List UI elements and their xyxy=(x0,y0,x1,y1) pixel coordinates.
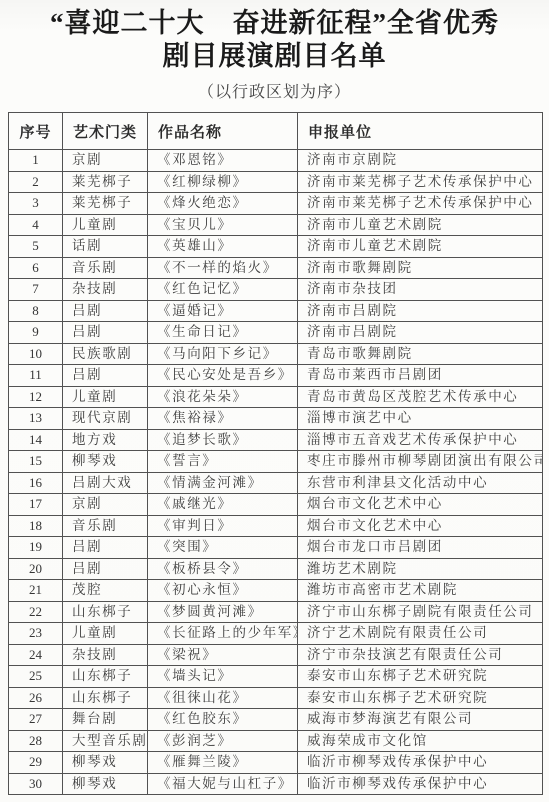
cell-no: 14 xyxy=(9,429,63,451)
cell-category: 柳琴戏 xyxy=(63,451,148,473)
cell-work: 《戚继光》 xyxy=(148,494,298,516)
cell-work: 《邓恩铭》 xyxy=(148,150,298,172)
cell-unit: 青岛市黄岛区茂腔艺术传承中心 xyxy=(298,386,543,408)
cell-category: 吕剧 xyxy=(63,300,148,322)
cell-unit: 烟台市文化艺术中心 xyxy=(298,494,543,516)
cell-unit: 泰安市山东梆子艺术研究院 xyxy=(298,666,543,688)
cell-no: 2 xyxy=(9,171,63,193)
cell-no: 6 xyxy=(9,257,63,279)
cell-category: 现代京剧 xyxy=(63,408,148,430)
cell-category: 吕剧 xyxy=(63,558,148,580)
cell-work: 《彭润芝》 xyxy=(148,730,298,752)
table-row: 23儿童剧《长征路上的少年军》济宁艺术剧院有限责任公司 xyxy=(9,623,543,645)
cell-category: 话剧 xyxy=(63,236,148,258)
cell-category: 杂技剧 xyxy=(63,279,148,301)
cell-work: 《初心永恒》 xyxy=(148,580,298,602)
cell-category: 音乐剧 xyxy=(63,257,148,279)
table-row: 24杂技剧《梁祝》济宁市杂技演艺有限责任公司 xyxy=(9,644,543,666)
title-line-1: “喜迎二十大 奋进新征程”全省优秀 xyxy=(0,7,549,40)
table-row: 12儿童剧《浪花朵朵》青岛市黄岛区茂腔艺术传承中心 xyxy=(9,386,543,408)
table-row: 21茂腔《初心永恒》潍坊市高密市艺术剧院 xyxy=(9,580,543,602)
cell-no: 27 xyxy=(9,709,63,731)
cell-category: 茂腔 xyxy=(63,580,148,602)
cell-category: 莱芜梆子 xyxy=(63,193,148,215)
table-row: 10民族歌剧《马向阳下乡记》青岛市歌舞剧院 xyxy=(9,343,543,365)
cell-category: 舞台剧 xyxy=(63,709,148,731)
document-title: “喜迎二十大 奋进新征程”全省优秀 剧目展演剧目名单 xyxy=(0,7,549,73)
cell-unit: 青岛市莱西市吕剧团 xyxy=(298,365,543,387)
table-row: 27舞台剧《红色胶东》威海市梦海演艺有限公司 xyxy=(9,709,543,731)
table-row: 17京剧《戚继光》烟台市文化艺术中心 xyxy=(9,494,543,516)
cell-no: 30 xyxy=(9,773,63,795)
cell-no: 28 xyxy=(9,730,63,752)
cell-unit: 威海荣成市文化馆 xyxy=(298,730,543,752)
cell-category: 音乐剧 xyxy=(63,515,148,537)
cell-work: 《烽火绝恋》 xyxy=(148,193,298,215)
cell-unit: 济南市杂技团 xyxy=(298,279,543,301)
cell-no: 1 xyxy=(9,150,63,172)
column-header-no: 序号 xyxy=(9,113,63,150)
cell-category: 大型音乐剧 xyxy=(63,730,148,752)
cell-no: 25 xyxy=(9,666,63,688)
cell-work: 《不一样的焰火》 xyxy=(148,257,298,279)
cell-work: 《长征路上的少年军》 xyxy=(148,623,298,645)
cell-category: 莱芜梆子 xyxy=(63,171,148,193)
table-row: 13现代京剧《焦裕禄》淄博市演艺中心 xyxy=(9,408,543,430)
cell-work: 《墙头记》 xyxy=(148,666,298,688)
table-row: 7杂技剧《红色记忆》济南市杂技团 xyxy=(9,279,543,301)
cell-no: 13 xyxy=(9,408,63,430)
cell-unit: 济南市儿童艺术剧院 xyxy=(298,214,543,236)
cell-no: 21 xyxy=(9,580,63,602)
repertoire-table: 序号 艺术门类 作品名称 申报单位 1京剧《邓恩铭》济南市京剧院2莱芜梆子《红柳… xyxy=(8,112,543,795)
table-row: 18音乐剧《审判日》烟台市文化艺术中心 xyxy=(9,515,543,537)
cell-no: 20 xyxy=(9,558,63,580)
cell-unit: 济南市吕剧院 xyxy=(298,322,543,344)
cell-category: 儿童剧 xyxy=(63,386,148,408)
cell-no: 9 xyxy=(9,322,63,344)
cell-work: 《红色记忆》 xyxy=(148,279,298,301)
table-row: 30柳琴戏《福大妮与山杠子》临沂市柳琴戏传承保护中心 xyxy=(9,773,543,795)
cell-category: 山东梆子 xyxy=(63,601,148,623)
cell-category: 柳琴戏 xyxy=(63,773,148,795)
table-row: 22山东梆子《梦圆黄河滩》济宁市山东梆子剧院有限责任公司 xyxy=(9,601,543,623)
cell-work: 《板桥县令》 xyxy=(148,558,298,580)
cell-no: 4 xyxy=(9,214,63,236)
cell-no: 19 xyxy=(9,537,63,559)
cell-work: 《英雄山》 xyxy=(148,236,298,258)
cell-work: 《雁舞兰陵》 xyxy=(148,752,298,774)
cell-work: 《梦圆黄河滩》 xyxy=(148,601,298,623)
cell-unit: 济南市莱芜梆子艺术传承保护中心 xyxy=(298,171,543,193)
column-header-unit: 申报单位 xyxy=(298,113,543,150)
cell-work: 《福大妮与山杠子》 xyxy=(148,773,298,795)
cell-no: 24 xyxy=(9,644,63,666)
cell-category: 杂技剧 xyxy=(63,644,148,666)
cell-category: 京剧 xyxy=(63,494,148,516)
cell-work: 《誓言》 xyxy=(148,451,298,473)
cell-unit: 济宁市山东梆子剧院有限责任公司 xyxy=(298,601,543,623)
cell-work: 《审判日》 xyxy=(148,515,298,537)
table-row: 11吕剧《民心安处是吾乡》青岛市莱西市吕剧团 xyxy=(9,365,543,387)
cell-unit: 烟台市文化艺术中心 xyxy=(298,515,543,537)
table-row: 4儿童剧《宝贝儿》济南市儿童艺术剧院 xyxy=(9,214,543,236)
table-row: 14地方戏《追梦长歌》淄博市五音戏艺术传承保护中心 xyxy=(9,429,543,451)
cell-unit: 东营市利津县文化活动中心 xyxy=(298,472,543,494)
cell-category: 地方戏 xyxy=(63,429,148,451)
table-row: 1京剧《邓恩铭》济南市京剧院 xyxy=(9,150,543,172)
cell-category: 柳琴戏 xyxy=(63,752,148,774)
cell-category: 儿童剧 xyxy=(63,214,148,236)
table-row: 29柳琴戏《雁舞兰陵》临沂市柳琴戏传承保护中心 xyxy=(9,752,543,774)
cell-category: 山东梆子 xyxy=(63,687,148,709)
table-header: 序号 艺术门类 作品名称 申报单位 xyxy=(9,113,543,150)
cell-no: 17 xyxy=(9,494,63,516)
cell-unit: 威海市梦海演艺有限公司 xyxy=(298,709,543,731)
cell-unit: 临沂市柳琴戏传承保护中心 xyxy=(298,773,543,795)
cell-unit: 济南市儿童艺术剧院 xyxy=(298,236,543,258)
cell-work: 《逼婚记》 xyxy=(148,300,298,322)
cell-no: 5 xyxy=(9,236,63,258)
table-row: 5话剧《英雄山》济南市儿童艺术剧院 xyxy=(9,236,543,258)
cell-work: 《徂徕山花》 xyxy=(148,687,298,709)
cell-unit: 临沂市柳琴戏传承保护中心 xyxy=(298,752,543,774)
cell-category: 吕剧 xyxy=(63,322,148,344)
table-row: 2莱芜梆子《红柳绿柳》济南市莱芜梆子艺术传承保护中心 xyxy=(9,171,543,193)
table-row: 25山东梆子《墙头记》泰安市山东梆子艺术研究院 xyxy=(9,666,543,688)
table-row: 15柳琴戏《誓言》枣庄市滕州市柳琴剧团演出有限公司 xyxy=(9,451,543,473)
cell-unit: 济南市歌舞剧院 xyxy=(298,257,543,279)
cell-work: 《宝贝儿》 xyxy=(148,214,298,236)
cell-no: 7 xyxy=(9,279,63,301)
cell-no: 12 xyxy=(9,386,63,408)
column-header-work: 作品名称 xyxy=(148,113,298,150)
cell-unit: 枣庄市滕州市柳琴剧团演出有限公司 xyxy=(298,451,543,473)
cell-no: 29 xyxy=(9,752,63,774)
table-row: 28大型音乐剧《彭润芝》威海荣成市文化馆 xyxy=(9,730,543,752)
cell-unit: 潍坊市高密市艺术剧院 xyxy=(298,580,543,602)
cell-no: 16 xyxy=(9,472,63,494)
cell-no: 10 xyxy=(9,343,63,365)
cell-work: 《浪花朵朵》 xyxy=(148,386,298,408)
table-header-row: 序号 艺术门类 作品名称 申报单位 xyxy=(9,113,543,150)
table-row: 8吕剧《逼婚记》济南市吕剧院 xyxy=(9,300,543,322)
cell-work: 《民心安处是吾乡》 xyxy=(148,365,298,387)
cell-work: 《红色胶东》 xyxy=(148,709,298,731)
table-row: 26山东梆子《徂徕山花》泰安市山东梆子艺术研究院 xyxy=(9,687,543,709)
cell-no: 3 xyxy=(9,193,63,215)
table-row: 20吕剧《板桥县令》潍坊艺术剧院 xyxy=(9,558,543,580)
cell-unit: 淄博市演艺中心 xyxy=(298,408,543,430)
cell-category: 民族歌剧 xyxy=(63,343,148,365)
cell-work: 《情满金河滩》 xyxy=(148,472,298,494)
table-row: 3莱芜梆子《烽火绝恋》济南市莱芜梆子艺术传承保护中心 xyxy=(9,193,543,215)
cell-no: 11 xyxy=(9,365,63,387)
cell-unit: 济宁市杂技演艺有限责任公司 xyxy=(298,644,543,666)
cell-unit: 泰安市山东梆子艺术研究院 xyxy=(298,687,543,709)
cell-no: 26 xyxy=(9,687,63,709)
cell-unit: 潍坊艺术剧院 xyxy=(298,558,543,580)
cell-category: 吕剧 xyxy=(63,537,148,559)
document-subtitle: （以行政区划为序） xyxy=(0,82,549,103)
cell-work: 《生命日记》 xyxy=(148,322,298,344)
table-row: 9吕剧《生命日记》济南市吕剧院 xyxy=(9,322,543,344)
cell-unit: 淄博市五音戏艺术传承保护中心 xyxy=(298,429,543,451)
cell-work: 《焦裕禄》 xyxy=(148,408,298,430)
cell-unit: 青岛市歌舞剧院 xyxy=(298,343,543,365)
cell-no: 8 xyxy=(9,300,63,322)
cell-unit: 济南市京剧院 xyxy=(298,150,543,172)
cell-no: 22 xyxy=(9,601,63,623)
cell-work: 《马向阳下乡记》 xyxy=(148,343,298,365)
table-row: 19吕剧《突围》烟台市龙口市吕剧团 xyxy=(9,537,543,559)
cell-work: 《突围》 xyxy=(148,537,298,559)
cell-work: 《追梦长歌》 xyxy=(148,429,298,451)
cell-no: 15 xyxy=(9,451,63,473)
document-page: “喜迎二十大 奋进新征程”全省优秀 剧目展演剧目名单 （以行政区划为序） 序号 … xyxy=(0,0,549,802)
table-row: 6音乐剧《不一样的焰火》济南市歌舞剧院 xyxy=(9,257,543,279)
cell-unit: 济南市吕剧院 xyxy=(298,300,543,322)
cell-work: 《红柳绿柳》 xyxy=(148,171,298,193)
cell-category: 吕剧 xyxy=(63,365,148,387)
cell-no: 23 xyxy=(9,623,63,645)
cell-unit: 济南市莱芜梆子艺术传承保护中心 xyxy=(298,193,543,215)
cell-category: 山东梆子 xyxy=(63,666,148,688)
cell-category: 吕剧大戏 xyxy=(63,472,148,494)
cell-category: 儿童剧 xyxy=(63,623,148,645)
column-header-category: 艺术门类 xyxy=(63,113,148,150)
cell-unit: 济宁艺术剧院有限责任公司 xyxy=(298,623,543,645)
cell-unit: 烟台市龙口市吕剧团 xyxy=(298,537,543,559)
table-body: 1京剧《邓恩铭》济南市京剧院2莱芜梆子《红柳绿柳》济南市莱芜梆子艺术传承保护中心… xyxy=(9,150,543,795)
cell-category: 京剧 xyxy=(63,150,148,172)
table-row: 16吕剧大戏《情满金河滩》东营市利津县文化活动中心 xyxy=(9,472,543,494)
title-line-2: 剧目展演剧目名单 xyxy=(0,40,549,73)
cell-work: 《梁祝》 xyxy=(148,644,298,666)
cell-no: 18 xyxy=(9,515,63,537)
